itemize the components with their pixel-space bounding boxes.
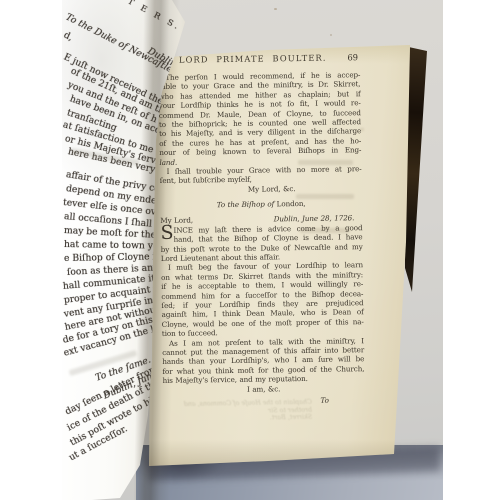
bleedthrough-smudge: [300, 228, 350, 233]
letter-heading-roman: London,: [274, 199, 306, 208]
right-page: LORD PRIMATE BOULTER. 69 The perſon I wo…: [148, 42, 412, 474]
page-number: 69: [347, 52, 360, 62]
page-running-header: LORD PRIMATE BOULTER. 69: [158, 52, 360, 65]
bleedthrough-smudge: [296, 194, 354, 199]
paper-stain: [360, 128, 364, 131]
ghost-footnote: Chaplain to the Houſe of Commons, and br…: [162, 399, 312, 424]
header-title: LORD PRIMATE BOULTER.: [158, 52, 348, 65]
ghost-footnote-line: Skirret, Bart.: [162, 414, 312, 424]
paper-stain: [274, 8, 277, 10]
left-page-line: d,: [62, 31, 74, 44]
book-photo: LORD PRIMATE BOULTER. 69 The perſon I wo…: [62, 0, 443, 500]
paper-stain: [330, 34, 332, 36]
letter-heading: To the Biſhop of London,: [160, 198, 362, 210]
bleedthrough-smudge: [298, 160, 353, 165]
letter-heading-italic: To the Biſhop of: [217, 199, 275, 209]
